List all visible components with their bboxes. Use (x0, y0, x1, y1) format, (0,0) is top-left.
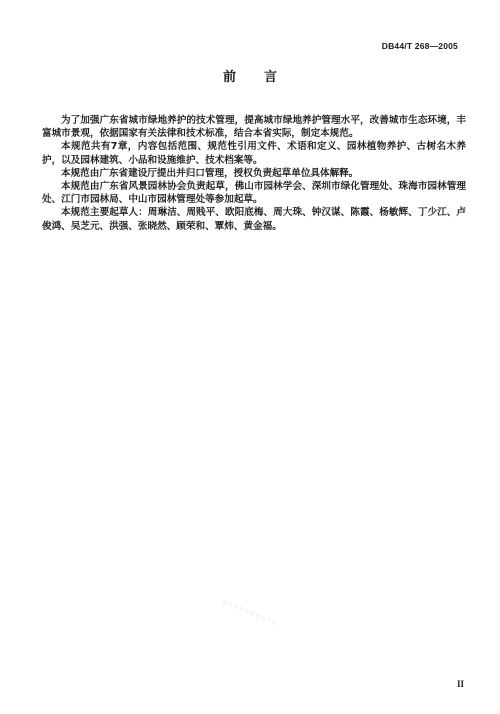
paragraph-drafting-organizations: 本规范由广东省风景园林协会负责起草，佛山市园林学会、深圳市绿化管理处、珠海市园林… (42, 180, 466, 206)
watermark: 电子标准资源服务平台 (221, 598, 279, 627)
paragraph-purpose: 为了加强广东省城市绿地养护的技术管理，提高城市绿地养护管理水平，改善城市生态环境… (42, 114, 466, 140)
paragraph-contents: 本规范共有7章，内容包括范围、规范性引用文件、术语和定义、园林植物养护、古树名木… (42, 140, 466, 166)
paragraph-drafters: 本规范主要起草人：周琳洁、周贱平、欧阳底梅、周大珠、钟汉谋、陈霞、杨敏辉、丁少江… (42, 206, 466, 232)
page-number: II (457, 679, 464, 689)
foreword-body: 为了加强广东省城市绿地养护的技术管理，提高城市绿地养护管理水平，改善城市生态环境… (42, 114, 466, 233)
title-char-1: 前 (223, 66, 236, 85)
paragraph-authority: 本规范由广东省建设厅提出并归口管理，授权负责起草单位具体解释。 (42, 167, 466, 180)
title-char-2: 言 (264, 66, 277, 85)
page-title: 前言 (0, 66, 500, 85)
standard-code: DB44/T 268—2005 (382, 41, 458, 51)
